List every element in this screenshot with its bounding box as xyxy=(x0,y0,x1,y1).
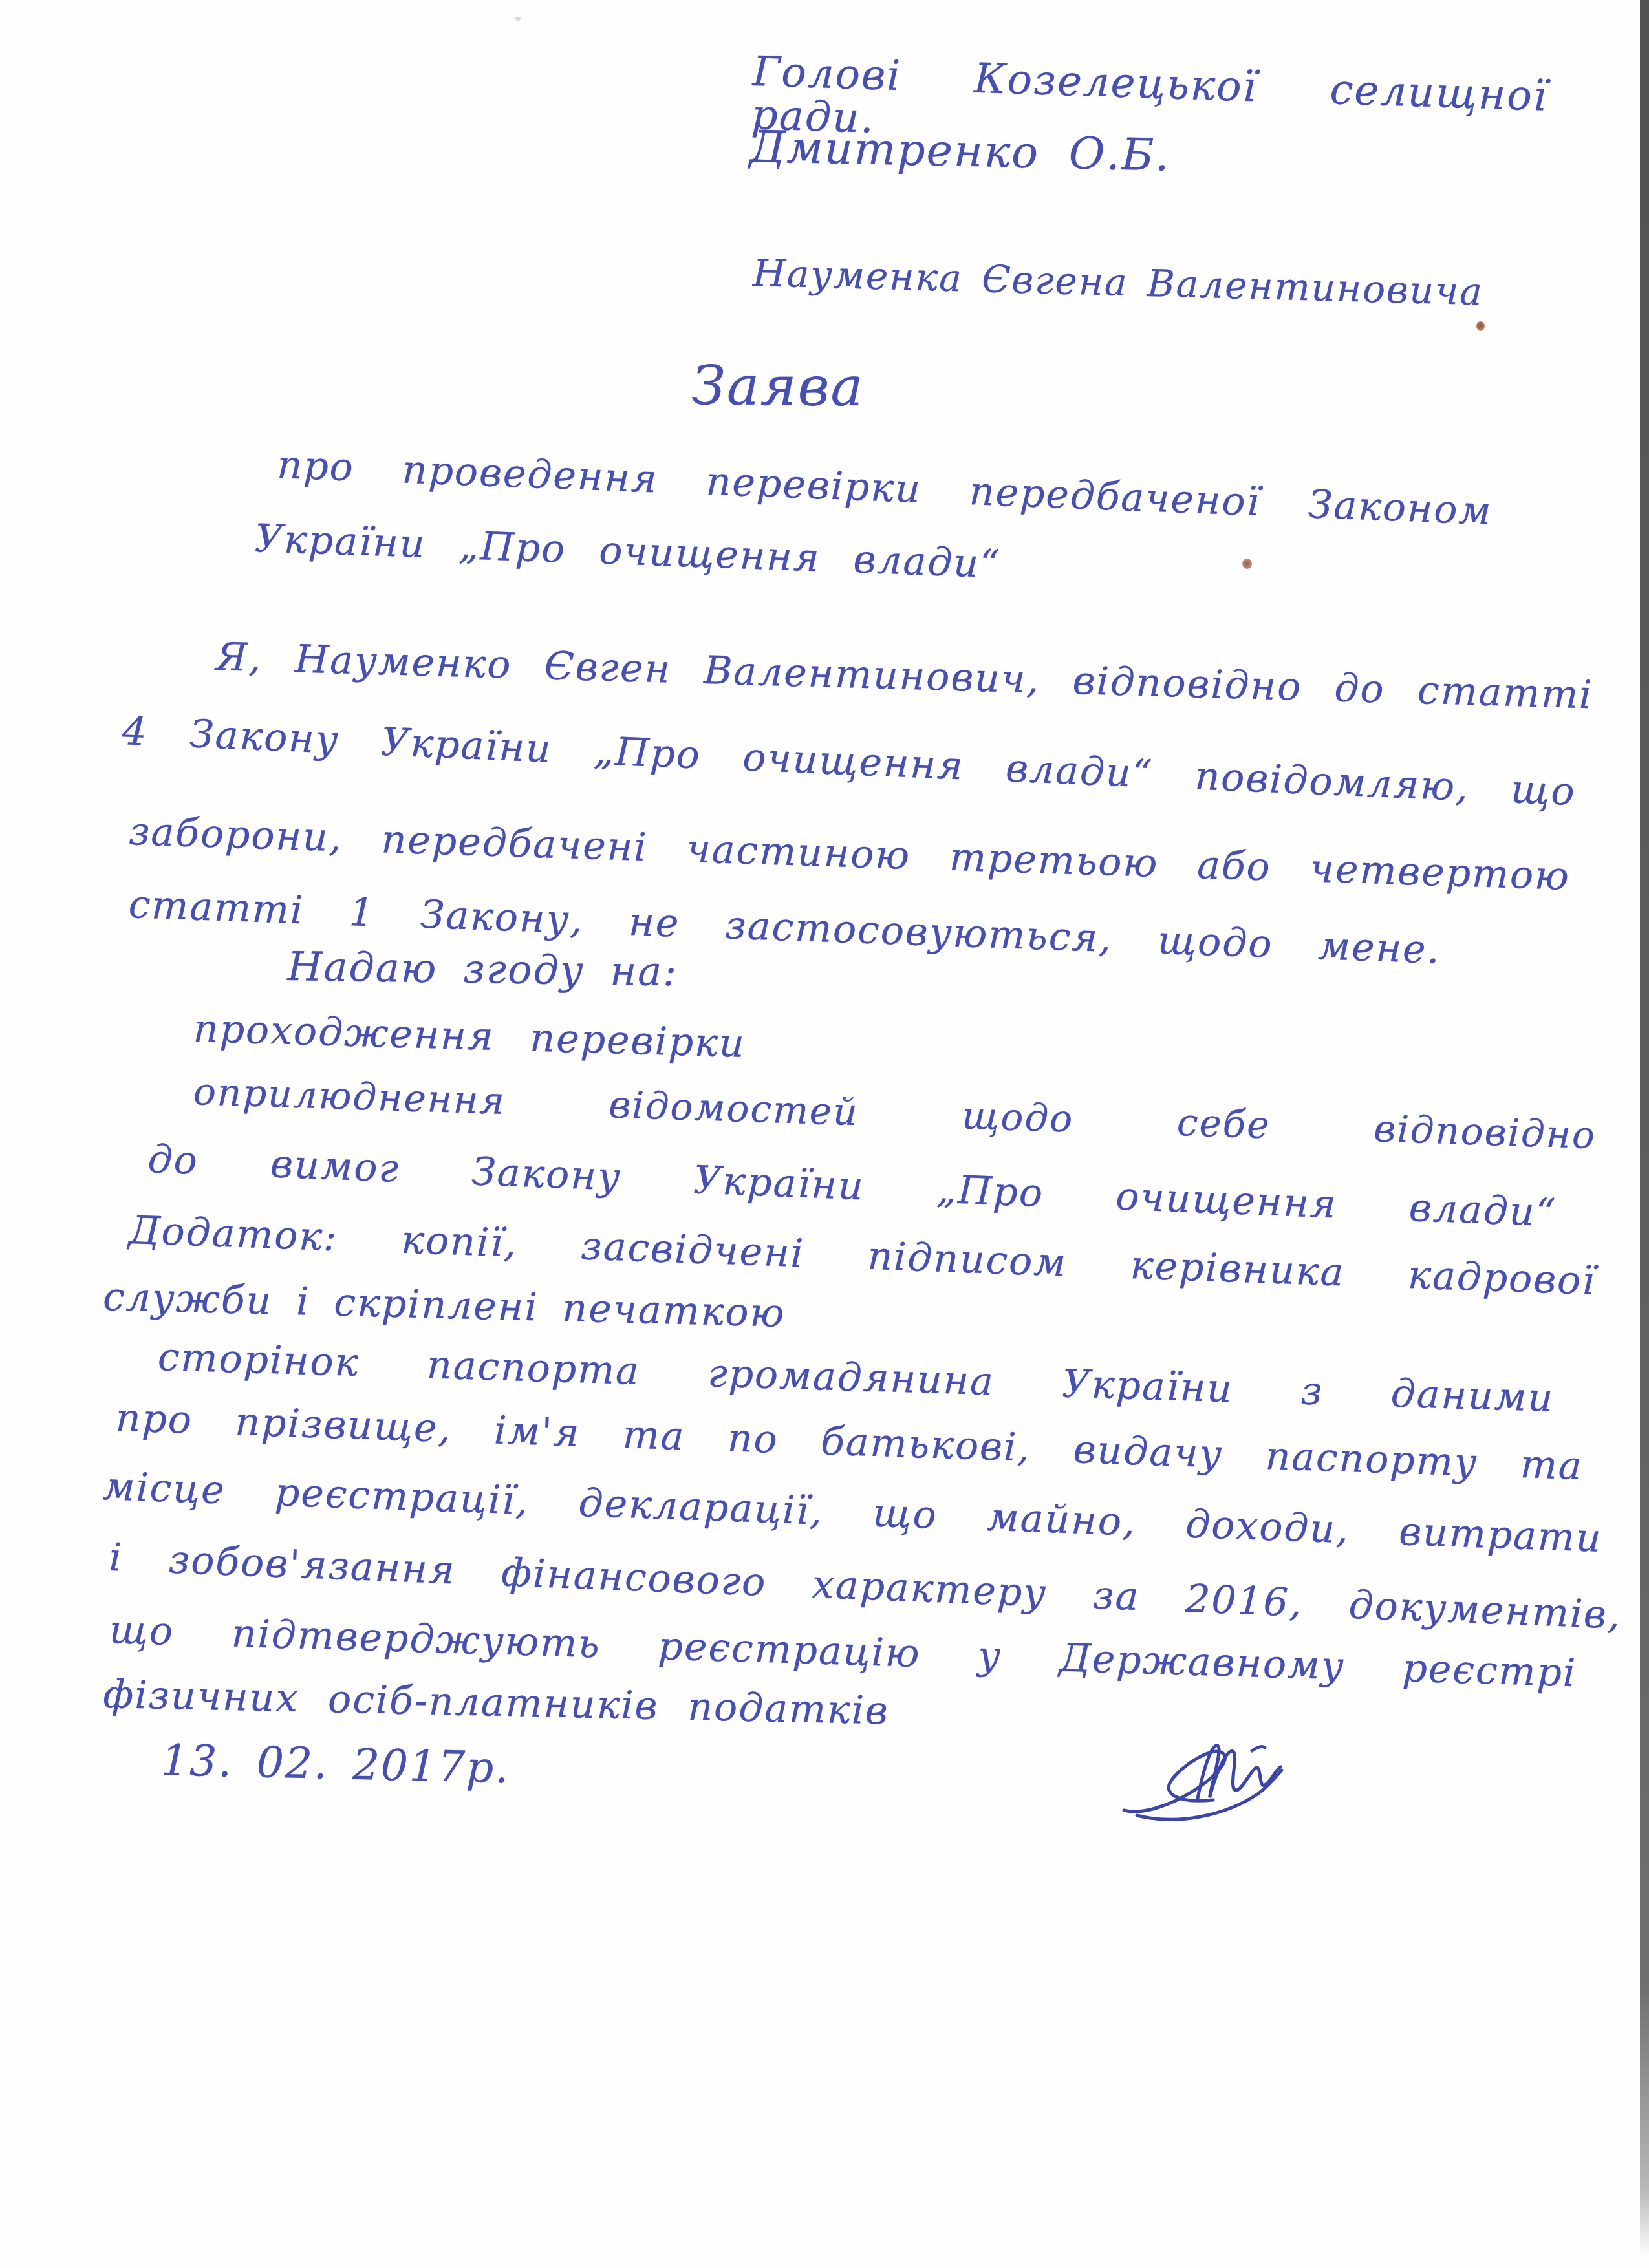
scan-edge-shadow xyxy=(1640,0,1649,2258)
scanned-sheet: Голові Козелецької селищної ради. Дмитре… xyxy=(0,0,1649,2268)
applicant-name: Науменка Євгена Валентиновича xyxy=(752,253,1483,312)
scan-speck xyxy=(515,17,521,21)
body-line: оприлюднення відомостей щодо себе відпов… xyxy=(193,1072,1597,1155)
attachment-line: фізичних осіб-платників податків xyxy=(103,1674,890,1731)
recipient-line: Дмитренко О.Б. xyxy=(749,124,1171,179)
doc-title: Заява xyxy=(691,357,865,416)
body-line: Я, Науменко Євген Валентинович, відповід… xyxy=(215,637,1593,716)
signature-flourish xyxy=(1099,1728,1293,1841)
ink-speck xyxy=(1242,559,1252,569)
body-line: проходження перевірки xyxy=(193,1009,746,1065)
body-line: 4 Закону України „Про очищення влади“ по… xyxy=(121,711,1577,813)
subject-line: України „Про очищення влади“ xyxy=(254,519,1002,585)
subject-line: про проведення перевірки передбаченої За… xyxy=(277,445,1493,532)
date: 13. 02. 2017р. xyxy=(160,1738,510,1791)
attachment-line: служби і скріплені печаткою xyxy=(102,1277,786,1334)
body-line: Надаю згоду на: xyxy=(287,945,678,993)
body-line: заборони, передбачені частиною третьою а… xyxy=(128,811,1571,897)
ink-speck xyxy=(1476,321,1485,331)
